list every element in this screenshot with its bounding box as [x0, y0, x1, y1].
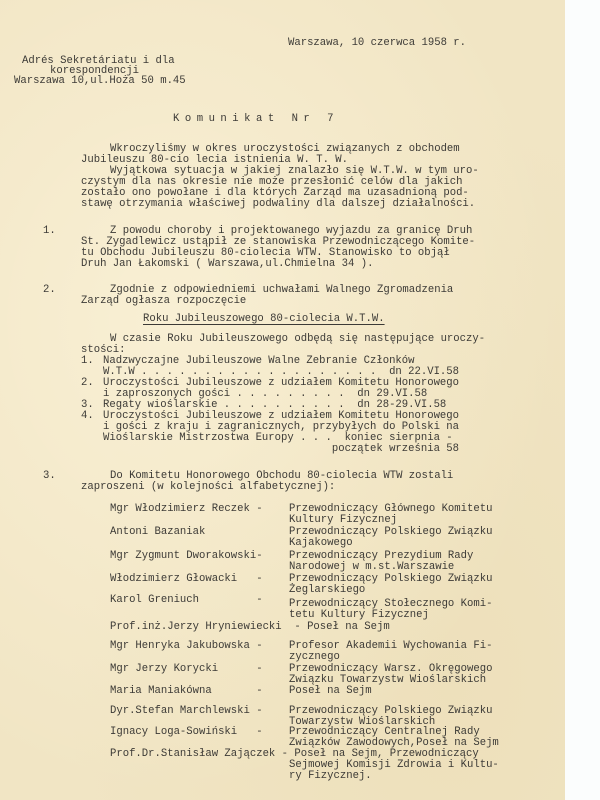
member-name: Mgr Jerzy Korycki - — [110, 664, 263, 675]
member-role: Narodowej w m.st.Warszawie — [289, 562, 454, 573]
member-role: Żeglarskiego — [289, 585, 365, 596]
document-page: Warszawa, 10 czerwca 1958 r. Adrés Sekre… — [0, 0, 565, 800]
event-number: 2. — [81, 378, 94, 389]
member-role: Kultury Fizycznej — [289, 515, 397, 526]
section-1-line: Druh Jan Łakomski ( Warszawa,ul.Chmielna… — [81, 259, 373, 270]
section-3-number: 3. — [43, 471, 56, 482]
event-number: 1. — [81, 356, 94, 367]
member-role: Poseł na Sejm — [289, 686, 372, 697]
member-name: Ignacy Loga-Sowiński - — [110, 727, 263, 738]
document-title: Komunikat Nr 7 — [173, 114, 339, 125]
member-role: zycznego — [289, 652, 340, 663]
section-2-number: 2. — [43, 285, 56, 296]
member-name: Dyr.Stefan Marchlewski - — [110, 706, 263, 717]
address-line-3: Warszawa 10,ul.Hoża 50 m.45 — [14, 76, 186, 87]
date-line: Warszawa, 10 czerwca 1958 r. — [288, 38, 466, 49]
events-intro-line: W czasie Roku Jubileuszowego odbędą się … — [110, 334, 485, 345]
member-name: Prof.inż.Jerzy Hryniewiecki - Poseł na S… — [110, 622, 390, 633]
member-name: Mgr Zygmunt Dworakowski- — [110, 551, 263, 562]
member-role: tetu Kultury Fizycznej — [289, 610, 429, 621]
member-role: ry Fizycznej. — [289, 771, 372, 782]
member-name: Maria Maniakówna - — [110, 686, 263, 697]
member-name: Mgr Włodzimierz Reczek - — [110, 504, 263, 515]
member-name: Włodzimierz Głowacki - — [110, 574, 263, 585]
member-name: Antoni Bazaniak — [110, 527, 205, 538]
member-name: Karol Greniuch - — [110, 595, 263, 606]
member-name: Mgr Henryka Jakubowska - — [110, 641, 263, 652]
section-1-number: 1. — [43, 226, 56, 237]
section-2-heading: Roku Jubileuszowego 80-ciolecia W.T.W. — [143, 314, 385, 325]
section-2-line: Zarząd ogłasza rozpoczęcie — [81, 296, 246, 307]
intro-line: stawę otrzymania właściwej podwaliny dla… — [81, 199, 475, 210]
event-line: początek września 58 — [103, 444, 459, 455]
section-3-line: zaproszeni (w kolejności alfabetycznej): — [81, 482, 335, 493]
member-role: Kajakowego — [289, 538, 353, 549]
event-number: 4. — [81, 411, 94, 422]
